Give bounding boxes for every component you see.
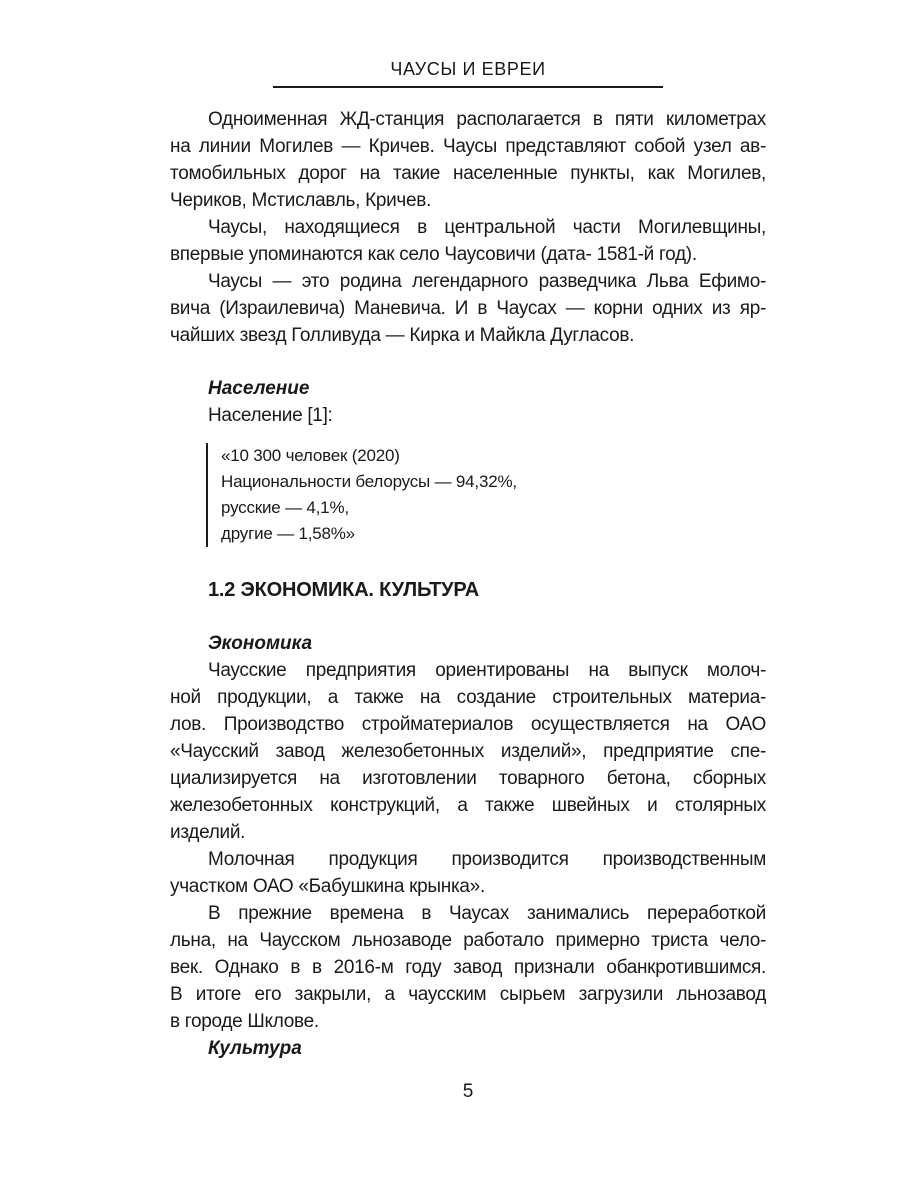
paragraph-flax: В прежние времена в Чаусах занимались пе… (170, 900, 766, 1035)
text-line: другие — 1,58%» (221, 521, 766, 547)
culture-subheading: Культура (170, 1035, 766, 1062)
text-line: Чаусские предприятия ориентированы на вы… (170, 657, 766, 684)
text-line: льна, на Чаусском льнозаводе работало пр… (170, 927, 766, 954)
paragraph-enterprises: Чаусские предприятия ориентированы на вы… (170, 657, 766, 846)
text-line: В прежние времена в Чаусах занимались пе… (170, 900, 766, 927)
text-line: русские — 4,1%, (221, 495, 766, 521)
running-header-title: ЧАУСЫ И ЕВРЕИ (170, 0, 766, 80)
paragraph-natives: Чаусы — это родина легендарного разведчи… (170, 268, 766, 349)
population-subheading: Население (170, 375, 766, 402)
text-line: железобетонных конструкций, а также швей… (170, 792, 766, 819)
text-line: в городе Шклове. (170, 1008, 766, 1035)
text-line: участком ОАО «Бабушкина крынка». (170, 873, 766, 900)
page-number: 5 (170, 1078, 766, 1105)
text-line: век. Однако в в 2016-м году завод призна… (170, 954, 766, 981)
paragraph-station: Одноименная ЖД-станция располагается в п… (170, 106, 766, 214)
paragraph-dairy: Молочная продукция производится производ… (170, 846, 766, 900)
text-line: Чаусы — это родина легендарного разведчи… (170, 268, 766, 295)
text-line: лов. Производство стройматериалов осущес… (170, 711, 766, 738)
text-line: В итоге его закрыли, а чаусским сырьем з… (170, 981, 766, 1008)
text-line: «Чаусский завод железобетонных изделий»,… (170, 738, 766, 765)
text-line: циализируется на изготовлении товарного … (170, 765, 766, 792)
text-line: чайших звезд Голливуда — Кирка и Майкла … (170, 322, 766, 349)
text-line: Одноименная ЖД-станция располагается в п… (170, 106, 766, 133)
header-rule (273, 86, 663, 88)
population-intro: Население [1]: (170, 402, 766, 429)
text-line: Чаусы, находящиеся в центральной части М… (170, 214, 766, 241)
text-line: ной продукции, а также на создание строи… (170, 684, 766, 711)
text-line: вича (Израилевича) Маневича. И в Чаусах … (170, 295, 766, 322)
text-line: томобильных дорог на такие населенные пу… (170, 160, 766, 187)
economy-subheading: Экономика (170, 630, 766, 657)
paragraph-location: Чаусы, находящиеся в центральной части М… (170, 214, 766, 268)
text-line: «10 300 человек (2020) (221, 443, 766, 469)
text-line: впервые упоминаются как село Чаусовичи (… (170, 241, 766, 268)
population-blockquote: «10 300 человек (2020)Национальности бел… (206, 443, 766, 547)
text-line: изделий. (170, 819, 766, 846)
book-page: ЧАУСЫ И ЕВРЕИ Одноименная ЖД-станция рас… (0, 0, 900, 1200)
text-line: на линии Могилев — Кричев. Чаусы предста… (170, 133, 766, 160)
text-line: Национальности белорусы — 94,32%, (221, 469, 766, 495)
text-line: Молочная продукция производится производ… (170, 846, 766, 873)
section-heading-economy-culture: 1.2 ЭКОНОМИКА. КУЛЬТУРА (170, 577, 766, 604)
text-column: ЧАУСЫ И ЕВРЕИ Одноименная ЖД-станция рас… (170, 0, 766, 1062)
text-line: Чериков, Мстиславль, Кричев. (170, 187, 766, 214)
